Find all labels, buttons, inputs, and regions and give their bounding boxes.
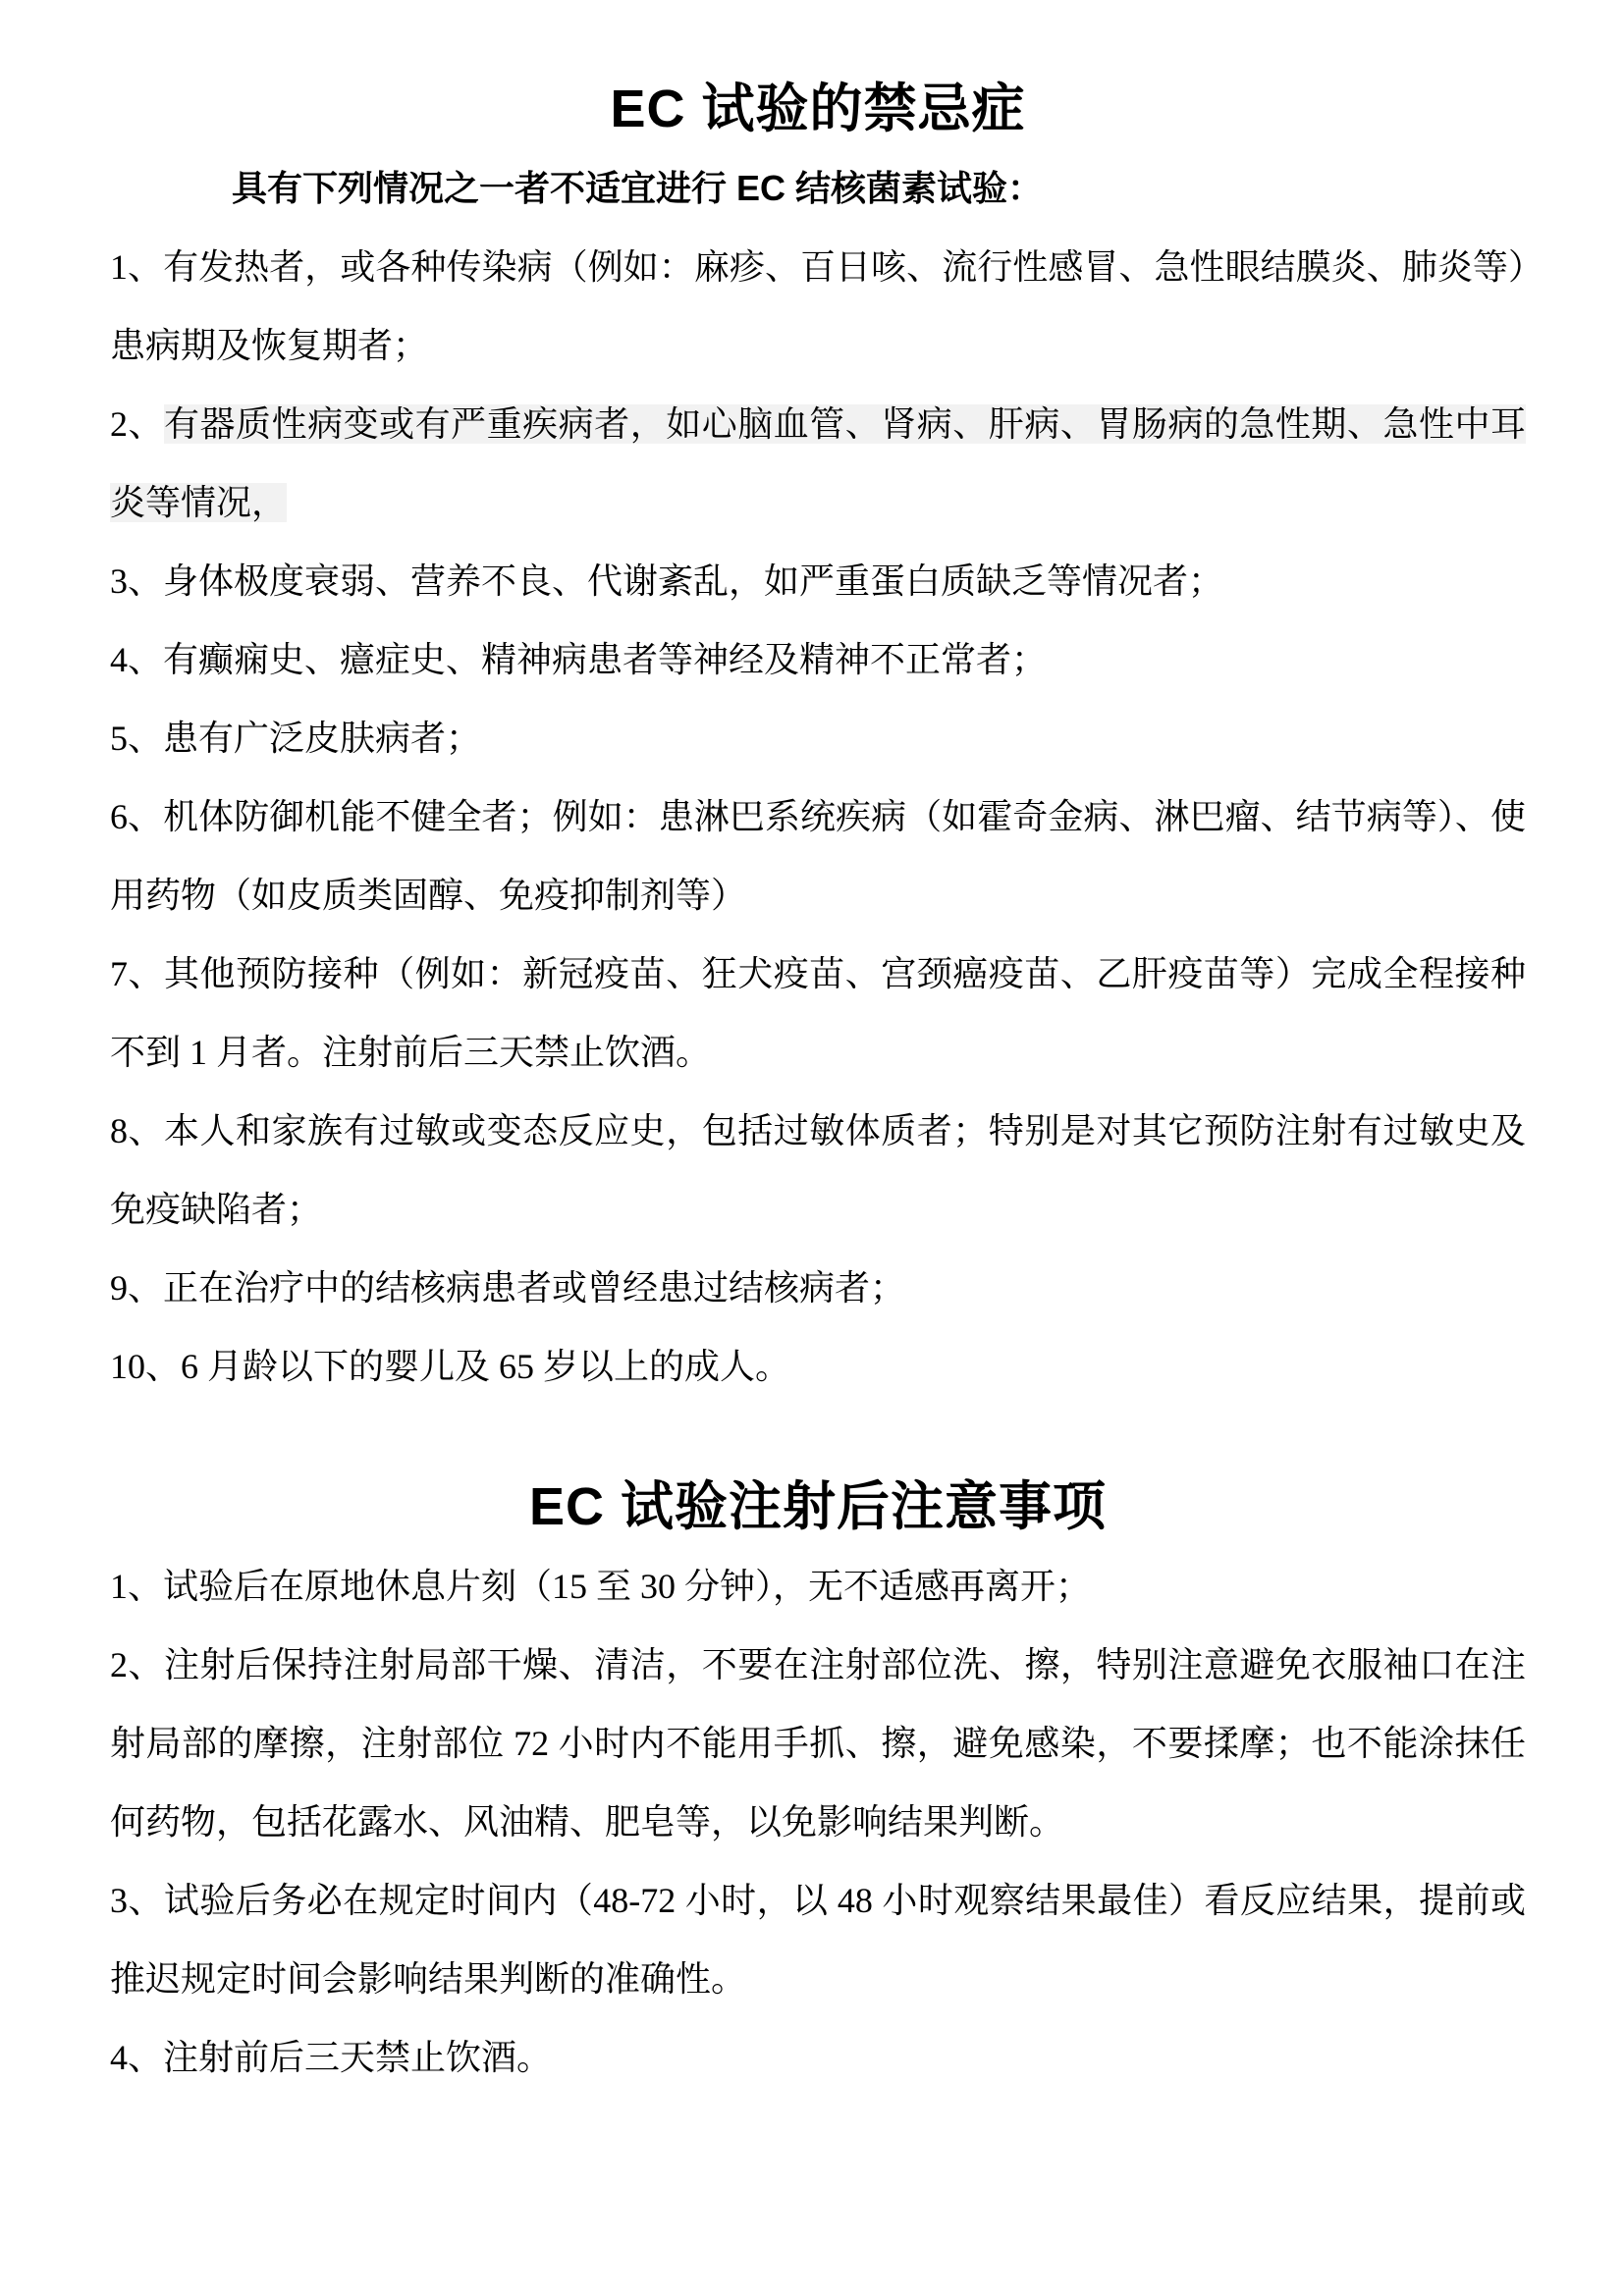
section-contraindications: EC 试验的禁忌症 具有下列情况之一者不适宜进行 EC 结核菌素试验： 1、有发… bbox=[110, 69, 1526, 1406]
list-item-2: 2、有器质性病变或有严重疾病者，如心脑血管、肾病、肝病、胃肠病的急性期、急性中耳… bbox=[110, 385, 1526, 542]
note-item-2: 2、注射后保持注射局部干燥、清洁，不要在注射部位洗、擦，特别注意避免衣服袖口在注… bbox=[110, 1626, 1526, 1861]
note-item-4: 4、注射前后三天禁止饮酒。 bbox=[110, 2018, 1526, 2097]
list-item-6: 6、机体防御机能不健全者；例如：患淋巴系统疾病（如霍奇金病、淋巴瘤、结节病等）、… bbox=[110, 777, 1526, 934]
list-item-10: 10、6 月龄以下的婴儿及 65 岁以上的成人。 bbox=[110, 1327, 1526, 1406]
list-item-3: 3、身体极度衰弱、营养不良、代谢紊乱，如严重蛋白质缺乏等情况者； bbox=[110, 542, 1526, 620]
list-item-7: 7、其他预防接种（例如：新冠疫苗、狂犬疫苗、宫颈癌疫苗、乙肝疫苗等）完成全程接种… bbox=[110, 934, 1526, 1092]
section-post-injection-notes: EC 试验注射后注意事项 1、试验后在原地休息片刻（15 至 30 分钟），无不… bbox=[110, 1467, 1526, 2097]
list-item-9: 9、正在治疗中的结核病患者或曾经患过结核病者； bbox=[110, 1249, 1526, 1327]
list-item-2-highlighted-text: 有器质性病变或有严重疾病者，如心脑血管、肾病、肝病、胃肠病的急性期、急性中耳炎等… bbox=[110, 404, 1526, 522]
document-page: EC 试验的禁忌症 具有下列情况之一者不适宜进行 EC 结核菌素试验： 1、有发… bbox=[0, 0, 1624, 2296]
list-item-8: 8、本人和家族有过敏或变态反应史，包括过敏体质者；特别是对其它预防注射有过敏史及… bbox=[110, 1092, 1526, 1249]
list-item-1: 1、有发热者，或各种传染病（例如：麻疹、百日咳、流行性感冒、急性眼结膜炎、肺炎等… bbox=[110, 228, 1526, 385]
note-item-1: 1、试验后在原地休息片刻（15 至 30 分钟），无不适感再离开； bbox=[110, 1547, 1526, 1626]
section2-title: EC 试验注射后注意事项 bbox=[110, 1467, 1526, 1547]
list-item-5: 5、患有广泛皮肤病者； bbox=[110, 699, 1526, 777]
list-item-4: 4、有癫痫史、癔症史、精神病患者等神经及精神不正常者； bbox=[110, 620, 1526, 699]
section1-subtitle: 具有下列情况之一者不适宜进行 EC 结核菌素试验： bbox=[110, 149, 1526, 228]
list-item-2-number: 2、 bbox=[110, 404, 164, 444]
section1-title: EC 试验的禁忌症 bbox=[110, 69, 1526, 149]
note-item-3: 3、试验后务必在规定时间内（48-72 小时，以 48 小时观察结果最佳）看反应… bbox=[110, 1861, 1526, 2018]
